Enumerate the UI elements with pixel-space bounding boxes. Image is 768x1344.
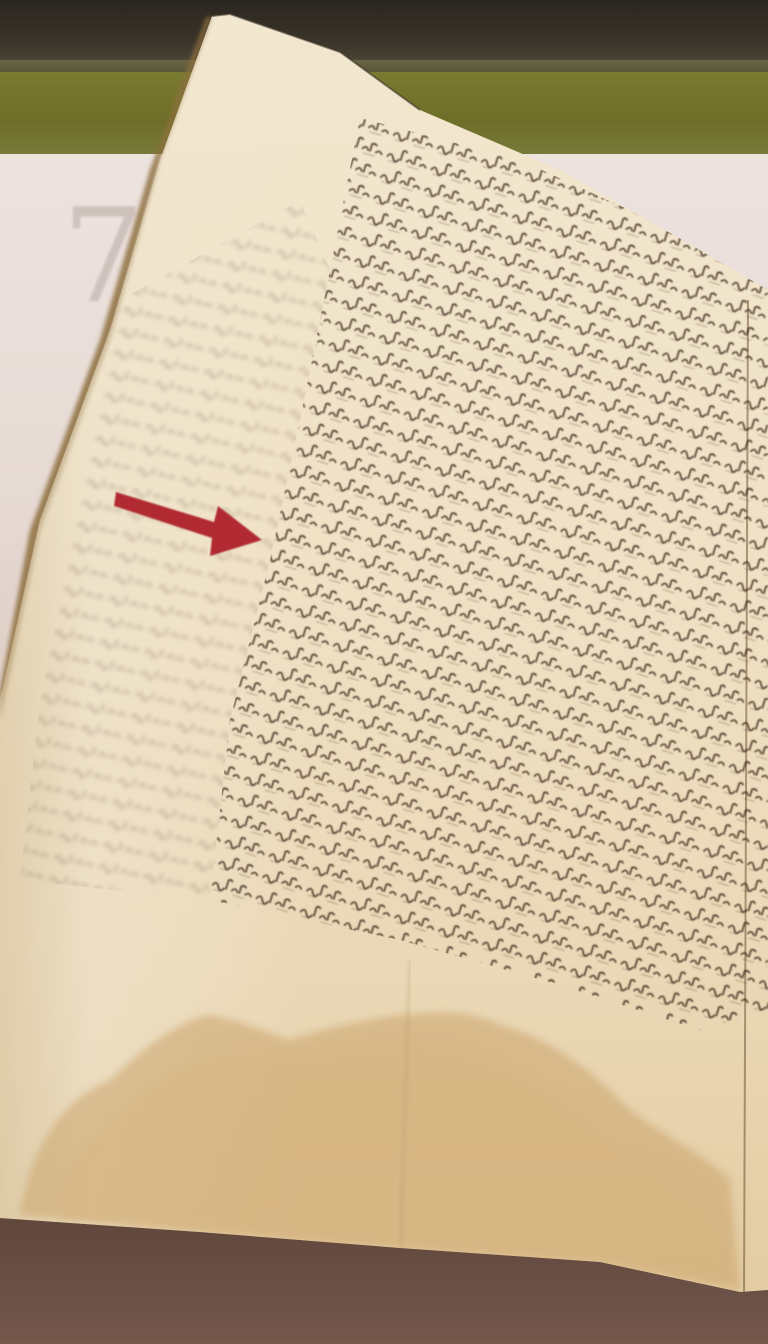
manuscript-photo: 7 (0, 0, 768, 1344)
parchment-leaf (0, 0, 768, 1344)
manuscript-page (0, 0, 768, 1344)
